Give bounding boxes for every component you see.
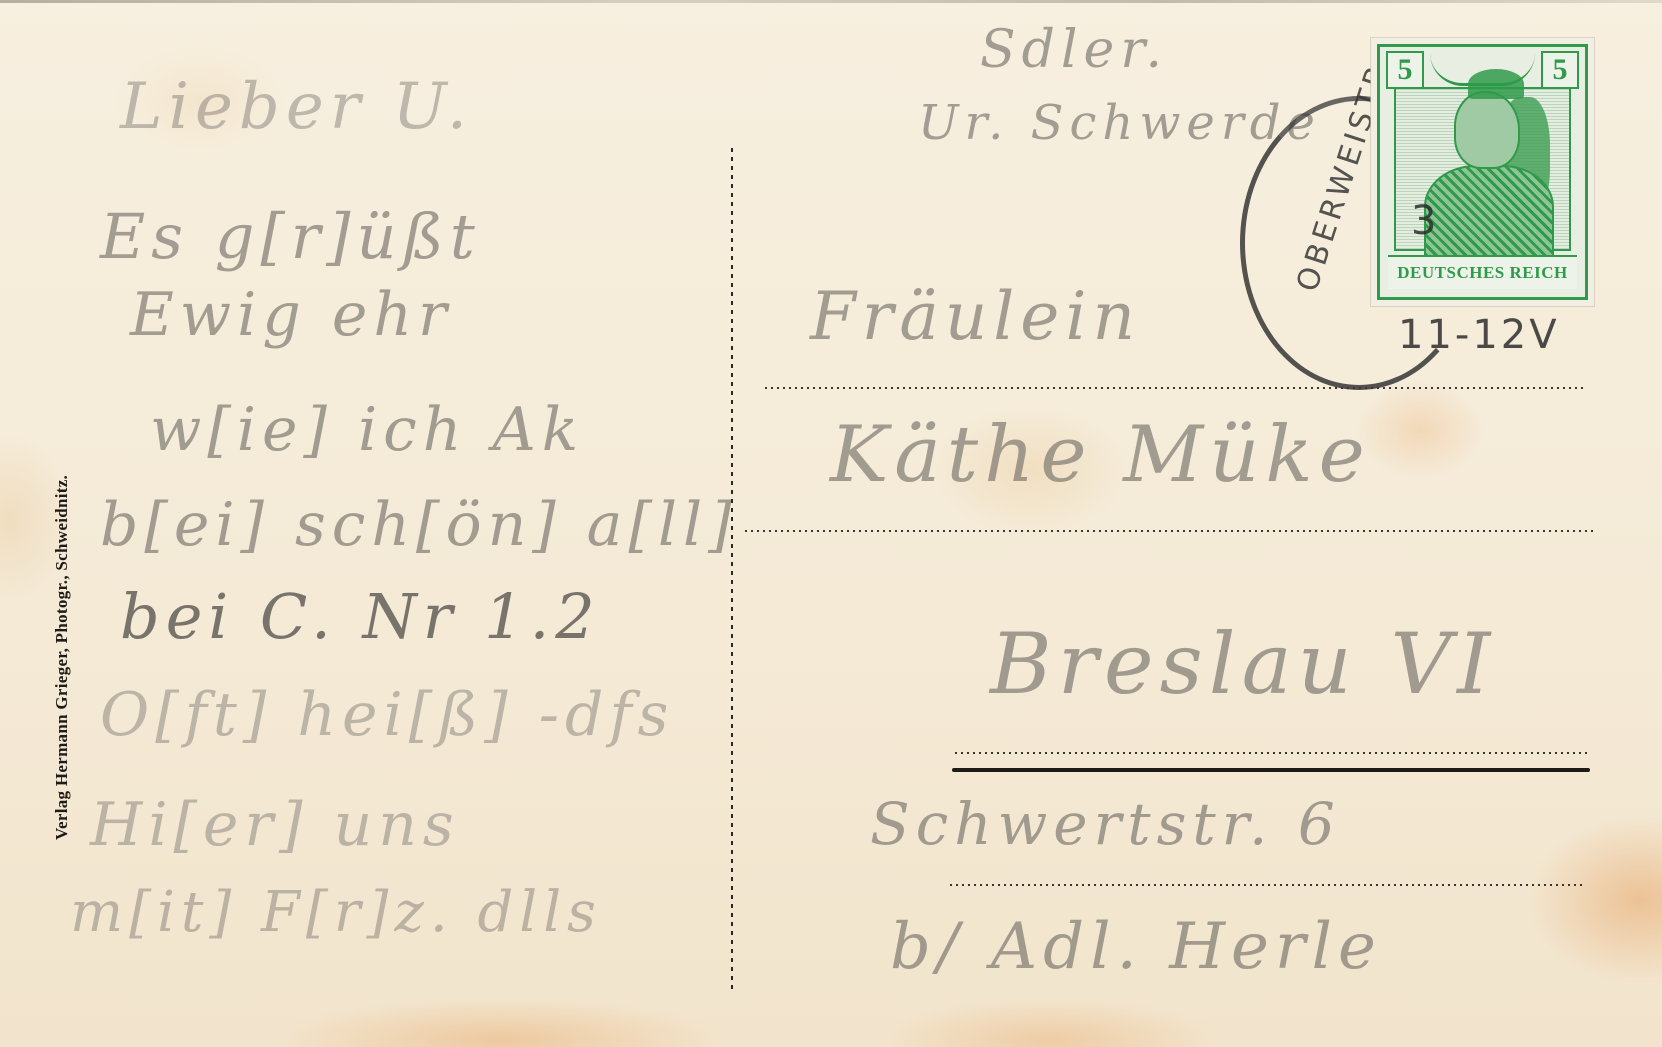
sender-note-line2: Ur. Schwerde xyxy=(918,95,1321,151)
postage-stamp: 5 5 DEUTSCHES REICH xyxy=(1371,38,1594,306)
address-dotted-line-2 xyxy=(745,530,1595,532)
message-line: O[ft] hei[ß] -dfs xyxy=(100,680,674,750)
postcard-back: Verlag Hermann Grieger, Photogr., Schwei… xyxy=(0,0,1662,1047)
germania-crown-icon xyxy=(1468,69,1524,99)
message-line: Hi[er] uns xyxy=(90,790,460,860)
address-line-4: Schwertstr. 6 xyxy=(870,790,1341,858)
message-line: m[it] F[r]z. dlls xyxy=(70,880,602,945)
postmark-time: 11-12V xyxy=(1398,312,1560,358)
address-dotted-line-3 xyxy=(955,752,1590,754)
message-line: b[ei] sch[ön] a[ll] xyxy=(100,490,738,560)
germania-portrait xyxy=(1454,91,1520,169)
message-line: Es g[r]üßt xyxy=(100,200,481,273)
card-divider-line xyxy=(731,148,733,993)
address-dotted-line-1 xyxy=(765,387,1585,389)
stamp-value-left: 5 xyxy=(1386,51,1424,89)
stamp-country-label: DEUTSCHES REICH xyxy=(1388,255,1577,289)
address-line-3: Breslau VI xyxy=(990,615,1496,713)
message-line: Lieber U. xyxy=(120,70,473,144)
stamp-frame: 5 5 DEUTSCHES REICH xyxy=(1377,44,1588,300)
postmark-day-overlay: 3 xyxy=(1411,198,1436,244)
publisher-imprint: Verlag Hermann Grieger, Photogr., Schwei… xyxy=(52,475,72,840)
message-line: bei C. Nr 1.2 xyxy=(120,580,601,653)
address-line-1: Fräulein xyxy=(810,278,1141,355)
germania-armor xyxy=(1424,165,1554,269)
message-line: Ewig ehr xyxy=(130,280,453,350)
address-line-2: Käthe Müke xyxy=(830,410,1371,500)
address-underline-city xyxy=(952,768,1590,772)
sender-note-line1: Sdler. xyxy=(980,20,1168,80)
address-dotted-line-4 xyxy=(950,884,1585,886)
card-top-edge xyxy=(0,0,1662,3)
stamp-value-right: 5 xyxy=(1541,51,1579,89)
message-line: w[ie] ich Ak xyxy=(150,395,584,465)
address-line-5: b/ Adl. Herle xyxy=(890,910,1382,984)
